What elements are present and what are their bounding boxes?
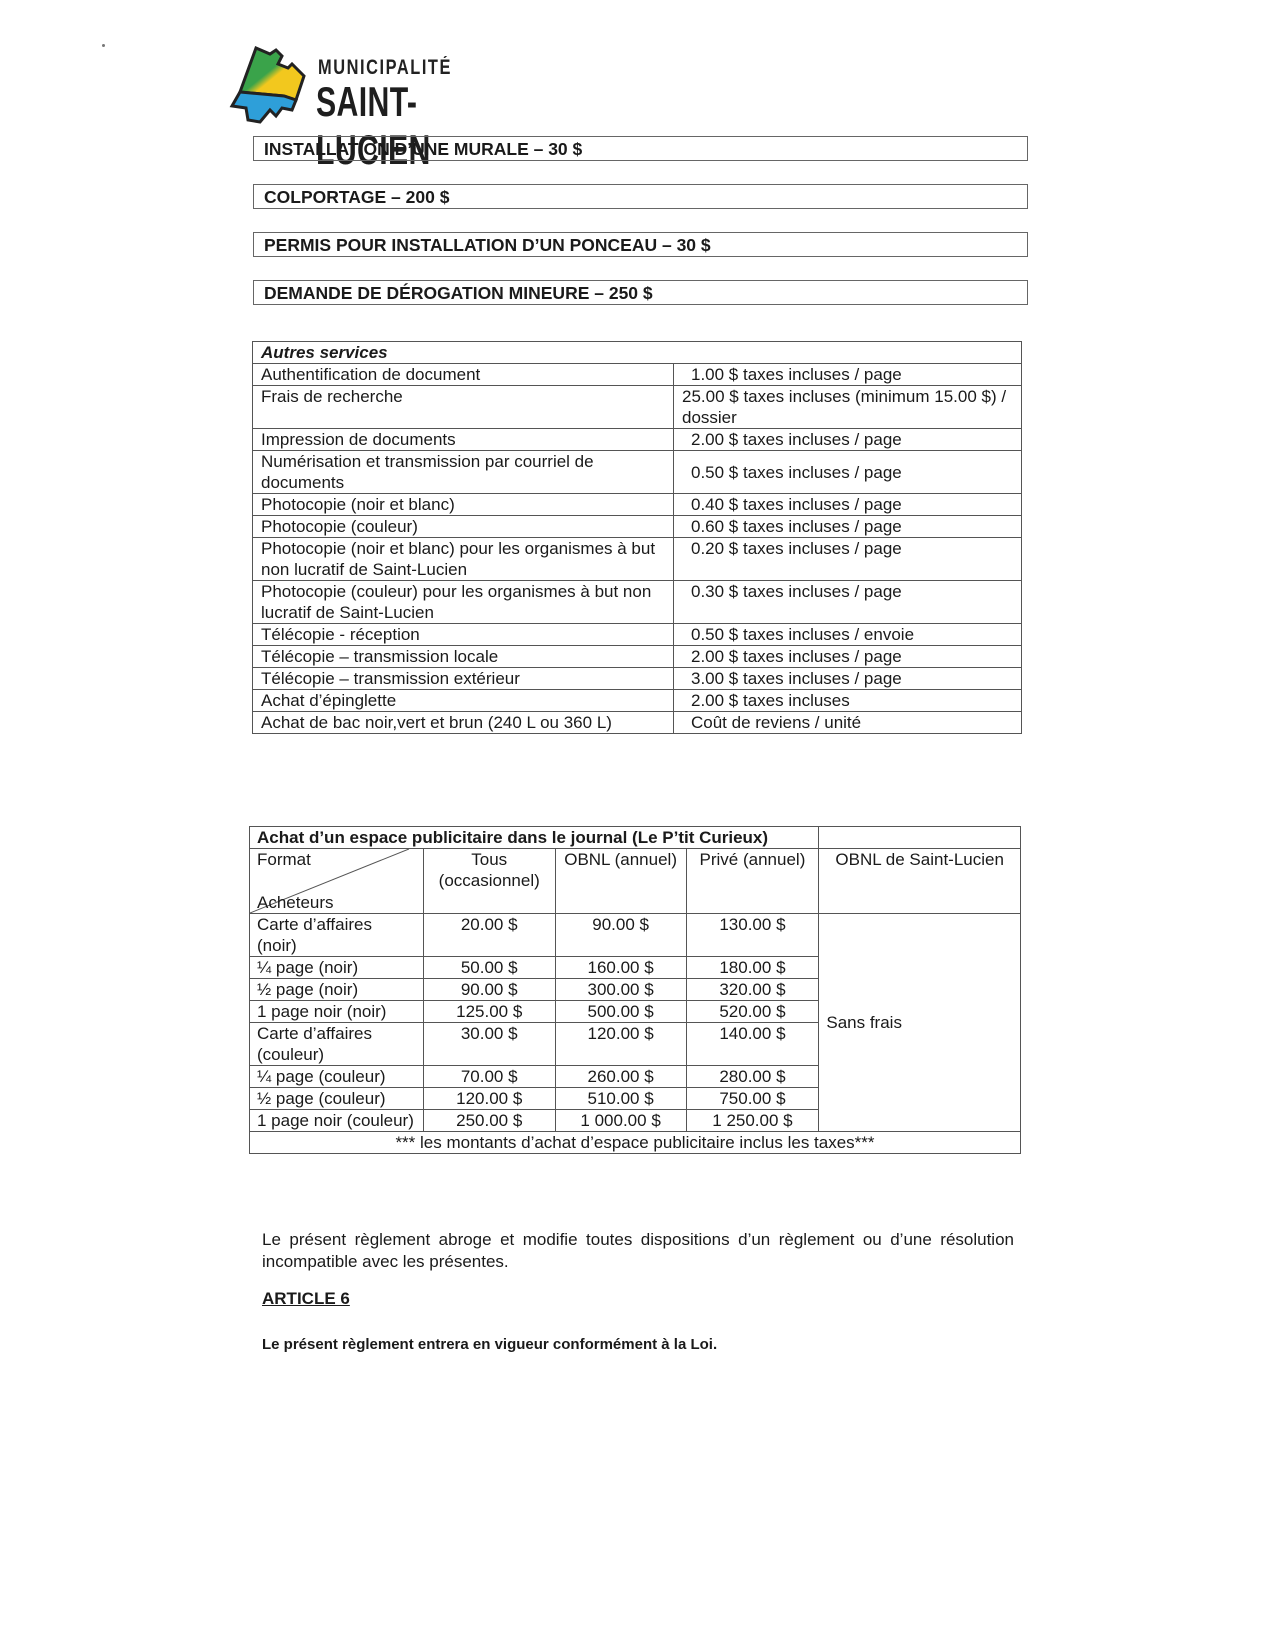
service-item: Télécopie - réception <box>253 624 674 646</box>
price-tous: 50.00 $ <box>423 957 555 979</box>
service-item: Photocopie (noir et blanc) pour les orga… <box>253 538 674 581</box>
format-cell: 1 page noir (noir) <box>250 1001 424 1023</box>
table-row: Frais de recherche 25.00 $ taxes incluse… <box>253 386 1022 429</box>
service-price: 2.00 $ taxes incluses / page <box>674 429 1022 451</box>
table-header-row: Format Acheteurs Tous (occasionnel) OBNL… <box>250 849 1021 914</box>
service-item: Achat de bac noir,vert et brun (240 L ou… <box>253 712 674 734</box>
service-price: 0.20 $ taxes incluses / page <box>674 538 1022 581</box>
price-prive: 140.00 $ <box>686 1023 819 1066</box>
price-obnl: 90.00 $ <box>555 914 686 957</box>
price-tous: 120.00 $ <box>423 1088 555 1110</box>
price-obnl: 260.00 $ <box>555 1066 686 1088</box>
corner-format-label: Format <box>257 849 416 870</box>
table-row: Achat de bac noir,vert et brun (240 L ou… <box>253 712 1022 734</box>
service-item: Authentification de document <box>253 364 674 386</box>
service-item: Impression de documents <box>253 429 674 451</box>
logo-municipalite-text: MUNICIPALITÉ <box>318 56 452 80</box>
service-price: 0.50 $ taxes incluses / envoie <box>674 624 1022 646</box>
table-footnote-row: *** les montants d’achat d’espace public… <box>250 1132 1021 1154</box>
puzzle-map-icon <box>226 46 316 128</box>
empty-cell <box>819 827 1021 849</box>
service-price: 0.50 $ taxes incluses / page <box>674 451 1022 494</box>
publicity-table: Achat d’un espace publicitaire dans le j… <box>249 826 1021 1154</box>
service-price: 2.00 $ taxes incluses / page <box>674 646 1022 668</box>
format-cell: ¼ page (noir) <box>250 957 424 979</box>
service-item: Photocopie (noir et blanc) <box>253 494 674 516</box>
fee-murale: INSTALLATION D’UNE MURALE – 30 $ <box>253 136 1028 161</box>
service-item: Photocopie (couleur) pour les organismes… <box>253 581 674 624</box>
table-row: Photocopie (noir et blanc) 0.40 $ taxes … <box>253 494 1022 516</box>
table-title-row: Achat d’un espace publicitaire dans le j… <box>250 827 1021 849</box>
price-tous: 20.00 $ <box>423 914 555 957</box>
service-price: 0.30 $ taxes incluses / page <box>674 581 1022 624</box>
obnl-saint-lucien-value: Sans frais <box>819 914 1021 1132</box>
format-cell: Carte d’affaires (noir) <box>250 914 424 957</box>
price-tous: 70.00 $ <box>423 1066 555 1088</box>
price-tous: 125.00 $ <box>423 1001 555 1023</box>
table-header-row: Autres services <box>253 342 1022 364</box>
price-obnl: 120.00 $ <box>555 1023 686 1066</box>
table-row: Télécopie – transmission locale 2.00 $ t… <box>253 646 1022 668</box>
price-prive: 520.00 $ <box>686 1001 819 1023</box>
price-prive: 750.00 $ <box>686 1088 819 1110</box>
price-prive: 280.00 $ <box>686 1066 819 1088</box>
article-heading: ARTICLE 6 <box>262 1289 350 1309</box>
table-row: Authentification de document 1.00 $ taxe… <box>253 364 1022 386</box>
final-statement: Le présent règlement entrera en vigueur … <box>262 1336 717 1353</box>
table-row: Télécopie - réception 0.50 $ taxes inclu… <box>253 624 1022 646</box>
format-cell: ½ page (noir) <box>250 979 424 1001</box>
scan-artifact <box>102 44 105 47</box>
column-header: Tous (occasionnel) <box>423 849 555 914</box>
column-header: Privé (annuel) <box>686 849 819 914</box>
price-obnl: 160.00 $ <box>555 957 686 979</box>
service-item: Numérisation et transmission par courrie… <box>253 451 674 494</box>
service-price: 1.00 $ taxes incluses / page <box>674 364 1022 386</box>
service-price: 2.00 $ taxes incluses <box>674 690 1022 712</box>
format-cell: Carte d’affaires (couleur) <box>250 1023 424 1066</box>
price-prive: 180.00 $ <box>686 957 819 979</box>
table-row: Impression de documents 2.00 $ taxes inc… <box>253 429 1022 451</box>
service-item: Frais de recherche <box>253 386 674 429</box>
fee-colportage: COLPORTAGE – 200 $ <box>253 184 1028 209</box>
price-prive: 1 250.00 $ <box>686 1110 819 1132</box>
table-row: Photocopie (couleur) pour les organismes… <box>253 581 1022 624</box>
column-header: OBNL de Saint-Lucien <box>819 849 1021 914</box>
corner-buyers-label: Acheteurs <box>257 892 334 913</box>
format-buyers-corner: Format Acheteurs <box>250 849 424 914</box>
table-row: Carte d’affaires (noir) 20.00 $ 90.00 $ … <box>250 914 1021 957</box>
price-obnl: 300.00 $ <box>555 979 686 1001</box>
table-row: Photocopie (noir et blanc) pour les orga… <box>253 538 1022 581</box>
service-price: 0.40 $ taxes incluses / page <box>674 494 1022 516</box>
service-price: 25.00 $ taxes incluses (minimum 15.00 $)… <box>674 386 1022 429</box>
column-header: OBNL (annuel) <box>555 849 686 914</box>
publicity-title: Achat d’un espace publicitaire dans le j… <box>250 827 819 849</box>
service-price: Coût de reviens / unité <box>674 712 1022 734</box>
format-cell: ½ page (couleur) <box>250 1088 424 1110</box>
price-tous: 250.00 $ <box>423 1110 555 1132</box>
format-cell: 1 page noir (couleur) <box>250 1110 424 1132</box>
table-row: Photocopie (couleur) 0.60 $ taxes inclus… <box>253 516 1022 538</box>
table-row: Achat d’épinglette 2.00 $ taxes incluses <box>253 690 1022 712</box>
price-tous: 90.00 $ <box>423 979 555 1001</box>
price-obnl: 510.00 $ <box>555 1088 686 1110</box>
repeal-paragraph: Le présent règlement abroge et modifie t… <box>262 1229 1014 1273</box>
service-item: Photocopie (couleur) <box>253 516 674 538</box>
service-item: Télécopie – transmission extérieur <box>253 668 674 690</box>
service-item: Télécopie – transmission locale <box>253 646 674 668</box>
table-row: Télécopie – transmission extérieur 3.00 … <box>253 668 1022 690</box>
price-obnl: 500.00 $ <box>555 1001 686 1023</box>
services-title: Autres services <box>253 342 1022 364</box>
price-prive: 320.00 $ <box>686 979 819 1001</box>
taxes-note: *** les montants d’achat d’espace public… <box>250 1132 1021 1154</box>
table-row: Numérisation et transmission par courrie… <box>253 451 1022 494</box>
service-price: 3.00 $ taxes incluses / page <box>674 668 1022 690</box>
service-price: 0.60 $ taxes incluses / page <box>674 516 1022 538</box>
service-item: Achat d’épinglette <box>253 690 674 712</box>
municipality-logo: MUNICIPALITÉ SAINT-LUCIEN <box>226 46 546 128</box>
fee-ponceau: PERMIS POUR INSTALLATION D’UN PONCEAU – … <box>253 232 1028 257</box>
price-prive: 130.00 $ <box>686 914 819 957</box>
price-obnl: 1 000.00 $ <box>555 1110 686 1132</box>
price-tous: 30.00 $ <box>423 1023 555 1066</box>
services-table: Autres services Authentification de docu… <box>252 341 1022 734</box>
format-cell: ¼ page (couleur) <box>250 1066 424 1088</box>
fee-derogation: DEMANDE DE DÉROGATION MINEURE – 250 $ <box>253 280 1028 305</box>
